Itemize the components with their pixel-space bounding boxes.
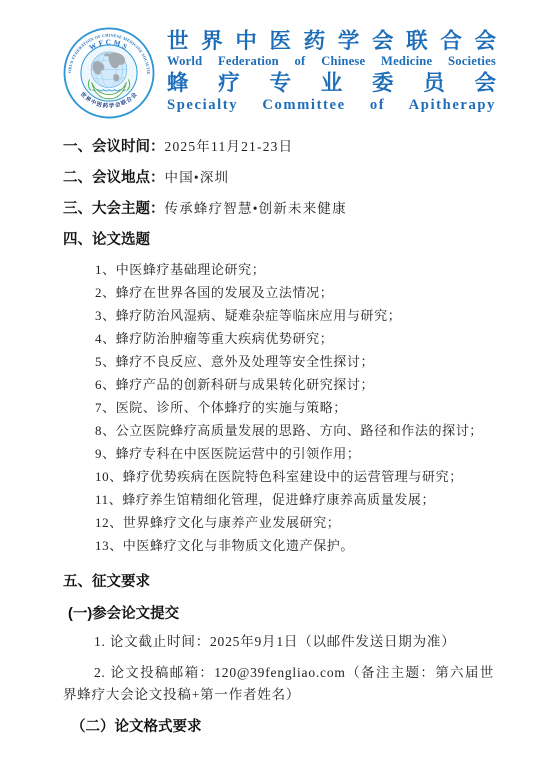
committee-name-en: Specialty Committee of Apitherapy [167,96,496,115]
submission-deadline-paragraph: 1. 论文截止时间：2025年9月1日（以邮件发送日期为准） [63,631,494,654]
meeting-time-value: 2025年11月21-23日 [165,139,294,154]
topics-heading: 四、论文选题 [63,231,494,249]
meeting-theme-label: 三、大会主题： [63,201,165,217]
org-name-en: World Federation of Chinese Medicine Soc… [167,54,496,70]
meeting-theme-value: 传承蜂疗智慧•创新未来健康 [165,201,347,216]
logo-globe-icon [91,52,127,88]
requirements-heading: 五、征文要求 [63,573,494,591]
committee-name-cn: 蜂疗专业委员会 [167,70,496,96]
topic-item: 13、中医蜂疗文化与非物质文化遗产保护。 [63,534,494,557]
topic-item: 6、蜂疗产品的创新科研与成果转化研究探讨； [63,373,494,396]
topic-item: 2、蜂疗在世界各国的发展及立法情况； [63,281,494,304]
topic-item: 11、蜂疗养生馆精细化管理，促进蜂疗康养高质量发展； [63,488,494,511]
topic-item: 4、蜂疗防治肿瘤等重大疾病优势研究； [63,327,494,350]
submission-subheading: (一)参会论文提交 [68,605,494,623]
meeting-time-row: 一、会议时间：2025年11月21-23日 [63,138,494,156]
topic-item: 12、世界蜂疗文化与康养产业发展研究； [63,511,494,534]
topic-item: 9、蜂疗专科在中医医院运营中的引领作用； [63,442,494,465]
meeting-place-label: 二、会议地点： [63,170,165,186]
topic-item: 10、蜂疗优势疾病在医院特色科室建设中的运营管理与研究； [63,465,494,488]
meeting-theme-row: 三、大会主题：传承蜂疗智慧•创新未来健康 [63,200,494,218]
wfcms-logo: WORLD FEDERATION OF CHINESE MEDICINE SOC… [62,27,156,119]
topic-item: 8、公立医院蜂疗高质量发展的思路、方向、路径和作法的探讨； [63,419,494,442]
topic-item: 5、蜂疗不良反应、意外及处理等安全性探讨； [63,350,494,373]
topics-list: 1、中医蜂疗基础理论研究； 2、蜂疗在世界各国的发展及立法情况； 3、蜂疗防治风… [63,258,494,557]
meeting-place-value: 中国•深圳 [165,170,230,185]
topic-item: 7、医院、诊所、个体蜂疗的实施与策略； [63,396,494,419]
document-body: 一、会议时间：2025年11月21-23日 二、会议地点：中国•深圳 三、大会主… [0,119,550,736]
topic-item: 1、中医蜂疗基础理论研究； [63,258,494,281]
document-page: WORLD FEDERATION OF CHINESE MEDICINE SOC… [0,0,550,777]
letterhead-titles: 世界中医药学会联合会 World Federation of Chinese M… [167,27,496,115]
format-subheading: （二）论文格式要求 [71,718,494,736]
submission-email-paragraph: 2. 论文投稿邮箱：120@39fengliao.com（备注主题：第六届世界蜂… [63,662,494,707]
org-name-cn: 世界中医药学会联合会 [167,28,496,54]
meeting-time-label: 一、会议时间： [63,139,165,155]
meeting-place-row: 二、会议地点：中国•深圳 [63,169,494,187]
topic-item: 3、蜂疗防治风湿病、疑难杂症等临床应用与研究； [63,304,494,327]
letterhead: WORLD FEDERATION OF CHINESE MEDICINE SOC… [0,0,550,119]
